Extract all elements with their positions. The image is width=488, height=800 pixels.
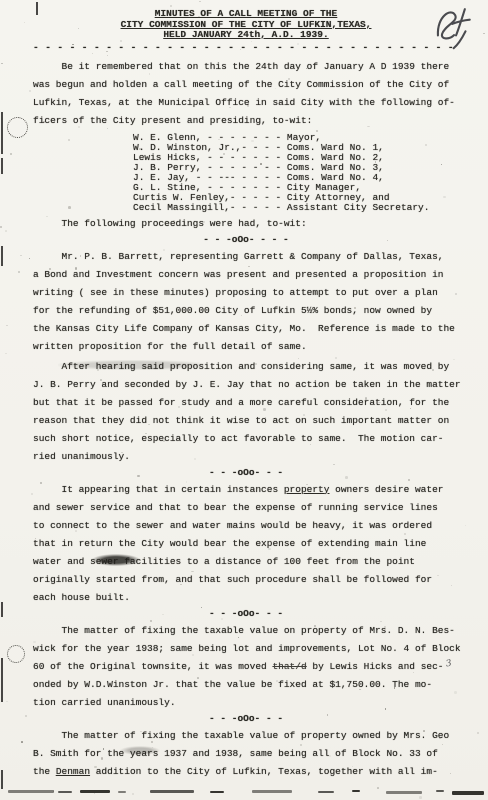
title-line: HELD JANUARY 24th, A.D. 1939.	[33, 30, 459, 41]
cutoff-text-fragment	[436, 790, 444, 792]
cutoff-text-fragment	[318, 791, 334, 793]
text-segment: owners desire water	[329, 484, 443, 495]
text-line: Lufkin, Texas, at the Municipal Office i…	[33, 94, 459, 112]
text-line: was begun and holden a call meeting of t…	[33, 76, 459, 94]
cutoff-text-fragment	[58, 791, 72, 793]
officer-row: G. L. Stine, - - - - - - - City Manager,	[133, 183, 459, 193]
underlined-text: Denman	[56, 766, 90, 777]
paragraph: It appearing that in certain instances p…	[33, 481, 459, 607]
hole-punch	[6, 644, 26, 664]
cutoff-text-fragment	[386, 791, 422, 794]
noise-speck	[29, 258, 31, 260]
edge-mark	[1, 602, 3, 617]
cutoff-text-fragment	[252, 790, 292, 793]
scanned-minutes-page: 3 MINUTES OF A CALL MEETING OF THE CITY …	[0, 0, 488, 800]
noise-speck	[170, 5, 172, 7]
noise-speck	[1, 63, 3, 65]
noise-speck	[199, 1, 201, 3]
text-line: that in return the City would bear the e…	[33, 535, 459, 553]
section-separator: - - -oOo- - - -	[33, 234, 459, 246]
text-line: B. Smith for the years 1937 and 1938, sa…	[33, 745, 459, 763]
cutoff-text-fragment	[80, 790, 110, 793]
text-line: the Kansas City Life Company of Kansas C…	[33, 320, 459, 338]
underlined-text: property	[284, 484, 330, 495]
text-line: 60 of the Original townsite, it was move…	[33, 658, 459, 676]
cutoff-text-fragment	[210, 791, 224, 793]
section-separator: - - -oOo- - -	[33, 467, 459, 479]
officer-row: W. E. Glenn, - - - - - - - Mayor,	[133, 133, 459, 143]
text-line: wick for the year 1938; same being lot a…	[33, 640, 459, 658]
text-line: for the refunding of $51,000.00 City of …	[33, 302, 459, 320]
paragraph: The matter of fixing the taxable value o…	[33, 622, 459, 712]
noise-speck	[419, 796, 422, 799]
noise-speck	[21, 741, 23, 743]
text-line: onded by W.D.Winston Jr. that the value …	[33, 676, 459, 694]
noise-speck	[18, 271, 20, 273]
edge-mark	[1, 112, 3, 154]
text-line: ficers of the City present and presiding…	[33, 112, 459, 130]
paragraph: The following proceedings were had, to-w…	[33, 215, 459, 233]
text-line: such short notice, especially to act fav…	[33, 430, 459, 448]
text-line: tion carried unanimously.	[33, 694, 459, 712]
cutoff-text-fragment	[150, 790, 194, 793]
text-segment: It appearing that in certain instances	[33, 484, 284, 495]
noise-speck	[5, 353, 7, 354]
noise-speck	[132, 793, 134, 795]
struck-text: that/d	[272, 661, 306, 672]
noise-speck	[29, 90, 31, 92]
edge-mark	[36, 2, 38, 15]
text-segment: by Lewis Hicks and sec-	[307, 661, 444, 672]
officer-row: W. D. Winston, Jr.,- - - - Coms. Ward No…	[133, 143, 459, 153]
text-segment: addition to the City of Lufkin, Texas, t…	[90, 766, 438, 777]
noise-speck	[25, 715, 27, 717]
text-line: ried unanimously.	[33, 448, 459, 466]
text-line: The matter of fixing the taxable value o…	[33, 727, 459, 745]
edge-mark	[1, 158, 3, 174]
noise-speck	[483, 33, 485, 35]
noise-speck	[377, 787, 379, 789]
document-body: Be it remembered that on this the 24th d…	[33, 58, 459, 781]
text-line: water and sewer facilities to a distance…	[33, 553, 459, 571]
cutoff-text-fragment	[8, 790, 54, 793]
cutoff-text-fragment	[352, 790, 360, 792]
paragraph: After hearing said proposition and consi…	[33, 358, 459, 466]
document-content: MINUTES OF A CALL MEETING OF THE CITY CO…	[33, 9, 459, 781]
text-line: to connect to the sewer and water mains …	[33, 517, 459, 535]
noise-speck	[6, 701, 7, 702]
cutoff-text-fragment	[452, 791, 484, 795]
text-line: a Bond and Investment concern was presen…	[33, 266, 459, 284]
officer-row: J. B. Perry, - - - - - - - Coms. Ward No…	[133, 163, 459, 173]
section-separator: - - -oOo- - -	[33, 713, 459, 725]
cutoff-text-fragment	[118, 791, 126, 793]
noise-speck	[0, 226, 2, 228]
text-line: It appearing that in certain instances p…	[33, 481, 459, 499]
dashed-rule: - - - - - - - - - - - - - - - - - - - - …	[33, 43, 459, 55]
officer-row: Cecil Massingill,- - - - - Assistant Cit…	[133, 203, 459, 213]
text-line: each house built.	[33, 589, 459, 607]
paragraph: The matter of fixing the taxable value o…	[33, 727, 459, 781]
officer-row: Lewis Hicks, - - - - - - - Coms. Ward No…	[133, 153, 459, 163]
paragraph: Mr. P. B. Barrett, representing Garrett …	[33, 248, 459, 356]
text-line: writing ( see in these minutes) proposin…	[33, 284, 459, 302]
edge-mark	[1, 658, 3, 702]
officer-row: Curtis W. Fenley,- - - - - City Attorney…	[133, 193, 459, 203]
section-separator: - - -oOo- - -	[33, 608, 459, 620]
noise-speck	[6, 325, 8, 326]
text-line: Mr. P. B. Barrett, representing Garrett …	[33, 248, 459, 266]
text-segment: the	[33, 766, 56, 777]
text-line: reason that they did not think it wise t…	[33, 412, 459, 430]
text-line: The matter of fixing the taxable value o…	[33, 622, 459, 640]
noise-speck	[20, 255, 21, 256]
noise-speck	[10, 153, 12, 155]
noise-speck	[465, 525, 466, 526]
paragraph: Be it remembered that on this the 24th d…	[33, 58, 459, 130]
text-line: but that it be passed for study and a mo…	[33, 394, 459, 412]
officer-row: J. E. Jay, - - --- - - - - Coms. Ward No…	[133, 173, 459, 183]
text-line: and sewer service and that to bear the e…	[33, 499, 459, 517]
noise-speck	[24, 22, 25, 23]
officer-list: W. E. Glenn, - - - - - - - Mayor,W. D. W…	[133, 133, 459, 213]
text-line: written proposition for the full detail …	[33, 338, 459, 356]
edge-mark	[1, 770, 3, 789]
text-line: After hearing said proposition and consi…	[33, 358, 459, 376]
text-segment: 60 of the Original townsite, it was move…	[33, 661, 272, 672]
noise-speck	[5, 230, 7, 232]
text-line: the Denman addition to the City of Lufki…	[33, 763, 459, 781]
edge-mark	[1, 246, 3, 266]
noise-speck	[477, 732, 479, 734]
text-line: J. B. Perry and seconded by J. E. Jay th…	[33, 376, 459, 394]
text-line: originally started from, and that such p…	[33, 571, 459, 589]
text-line: Be it remembered that on this the 24th d…	[33, 58, 459, 76]
text-line: The following proceedings were had, to-w…	[33, 215, 459, 233]
hole-punch	[5, 115, 30, 140]
document-title: MINUTES OF A CALL MEETING OF THE CITY CO…	[33, 9, 459, 41]
